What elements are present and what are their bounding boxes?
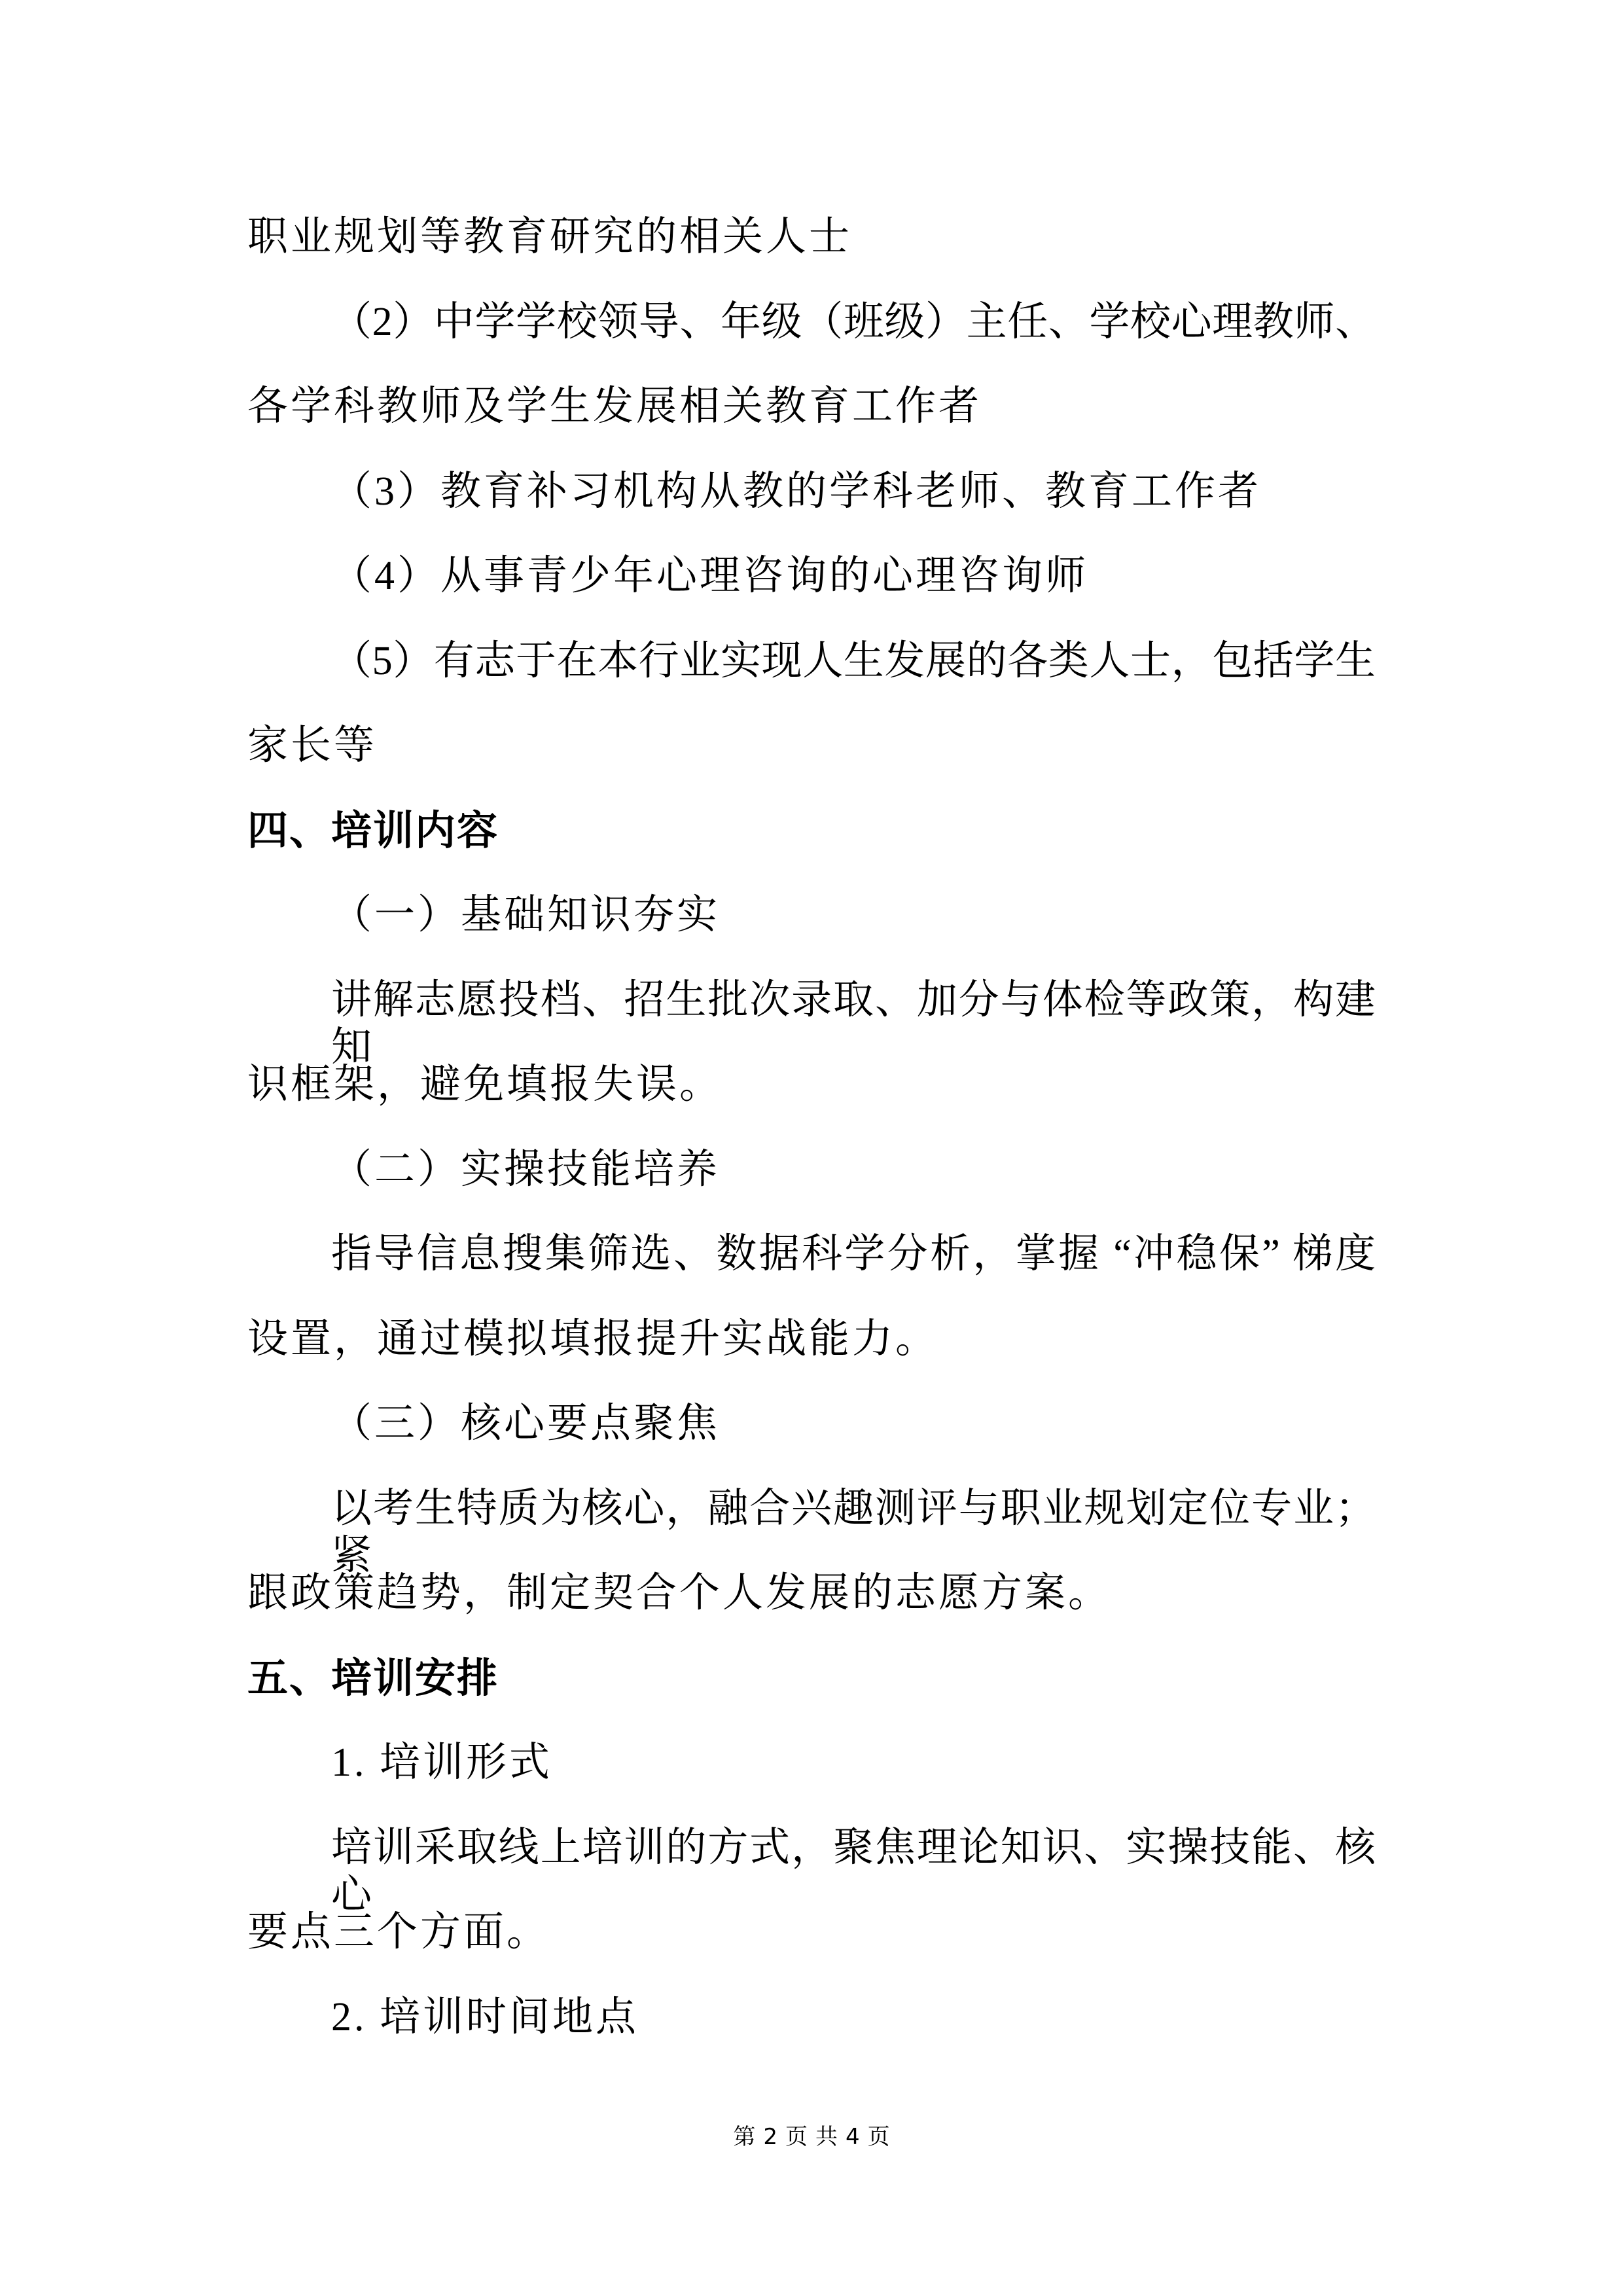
list-item-2-line-2: 各学科教师及学生发展相关教育工作者 <box>247 383 1376 468</box>
subsection-body-basic-knowledge-line-1: 讲解志愿投档、招生批次录取、加分与体检等政策，构建知 <box>247 977 1376 1062</box>
total-pages-number: 4 <box>846 2124 860 2150</box>
item-body-training-format-line-2: 要点三个方面。 <box>247 1909 1376 1994</box>
subsection-body-practical-skills-line-2: 设置，通过模拟填报提升实战能力。 <box>247 1316 1376 1401</box>
subsection-body-practical-skills-line-1: 指导信息搜集筛选、数据科学分析，掌握 “冲稳保” 梯度 <box>247 1230 1376 1316</box>
footer-page-word: 页 <box>785 2124 808 2150</box>
list-item-3: （3）教育补习机构从教的学科老师、教育工作者 <box>247 468 1376 553</box>
section-heading-training-arrangement: 五、培训安排 <box>247 1655 1376 1740</box>
subsection-body-core-points-line-2: 跟政策趋势，制定契合个人发展的志愿方案。 <box>247 1570 1376 1655</box>
footer-total-prefix: 共 <box>815 2124 838 2150</box>
document-body: 职业规划等教育研究的相关人士 （2）中学学校领导、年级（班级）主任、学校心理教师… <box>247 213 1376 2078</box>
page-footer: 第2页共4页 <box>0 2124 1623 2150</box>
list-item-5-line-2: 家长等 <box>247 722 1376 807</box>
paragraph-continuation: 职业规划等教育研究的相关人士 <box>247 213 1376 298</box>
item-title-training-format: 1. 培训形式 <box>247 1739 1376 1824</box>
footer-suffix: 页 <box>868 2124 890 2150</box>
list-item-4: （4）从事青少年心理咨询的心理咨询师 <box>247 552 1376 637</box>
list-item-2-line-1: （2）中学学校领导、年级（班级）主任、学校心理教师、 <box>247 298 1376 384</box>
section-heading-training-content: 四、培训内容 <box>247 807 1376 892</box>
subsection-title-practical-skills: （二）实操技能培养 <box>247 1146 1376 1231</box>
list-item-5-line-1: （5）有志于在本行业实现人生发展的各类人士，包括学生 <box>247 637 1376 723</box>
subsection-title-basic-knowledge: （一）基础知识夯实 <box>247 891 1376 977</box>
current-page-number: 2 <box>763 2124 777 2150</box>
footer-prefix: 第 <box>733 2124 755 2150</box>
subsection-body-core-points-line-1: 以考生特质为核心，融合兴趣测评与职业规划定位专业；紧 <box>247 1485 1376 1570</box>
document-page: 职业规划等教育研究的相关人士 （2）中学学校领导、年级（班级）主任、学校心理教师… <box>0 0 1623 2296</box>
subsection-title-core-points: （三）核心要点聚焦 <box>247 1400 1376 1485</box>
subsection-body-basic-knowledge-line-2: 识框架，避免填报失误。 <box>247 1061 1376 1146</box>
item-title-training-time-place: 2. 培训时间地点 <box>247 1994 1376 2079</box>
item-body-training-format-line-1: 培训采取线上培训的方式，聚焦理论知识、实操技能、核心 <box>247 1824 1376 1909</box>
